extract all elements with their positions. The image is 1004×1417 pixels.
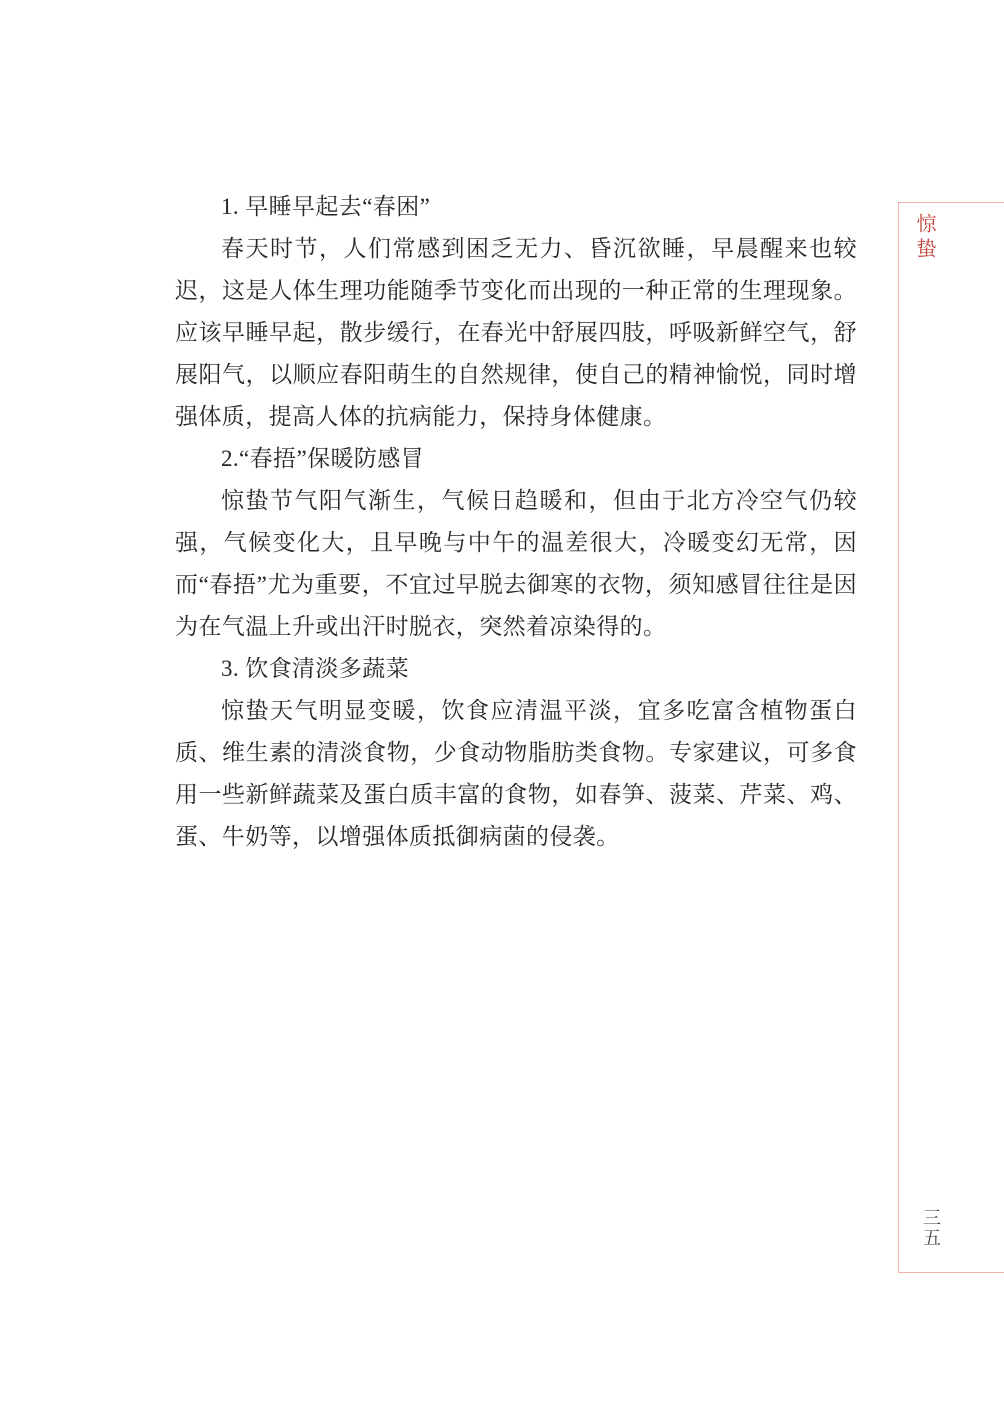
article-text-block: 1. 早睡早起去“春困” 春天时节，人们常感到困乏无力、昏沉欲睡，早晨醒来也较迟… xyxy=(175,186,857,858)
section-3-heading: 3. 饮食清淡多蔬菜 xyxy=(175,648,857,690)
section-1-paragraph: 春天时节，人们常感到困乏无力、昏沉欲睡，早晨醒来也较迟，这是人体生理功能随季节变… xyxy=(175,228,857,438)
book-page: 1. 早睡早起去“春困” 春天时节，人们常感到困乏无力、昏沉欲睡，早晨醒来也较迟… xyxy=(0,0,1004,1417)
right-margin-box: 惊蛰 三五 xyxy=(898,202,1004,1273)
section-2-paragraph: 惊蛰节气阳气渐生，气候日趋暖和，但由于北方冷空气仍较强，气候变化大，且早晚与中午… xyxy=(175,480,857,648)
page-number: 三五 xyxy=(921,1208,941,1248)
section-2-heading: 2.“春捂”保暖防感冒 xyxy=(175,438,857,480)
solar-term-label: 惊蛰 xyxy=(913,213,935,263)
section-1-heading: 1. 早睡早起去“春困” xyxy=(175,186,857,228)
section-3-paragraph: 惊蛰天气明显变暖，饮食应清温平淡，宜多吃富含植物蛋白质、维生素的清淡食物，少食动… xyxy=(175,690,857,858)
